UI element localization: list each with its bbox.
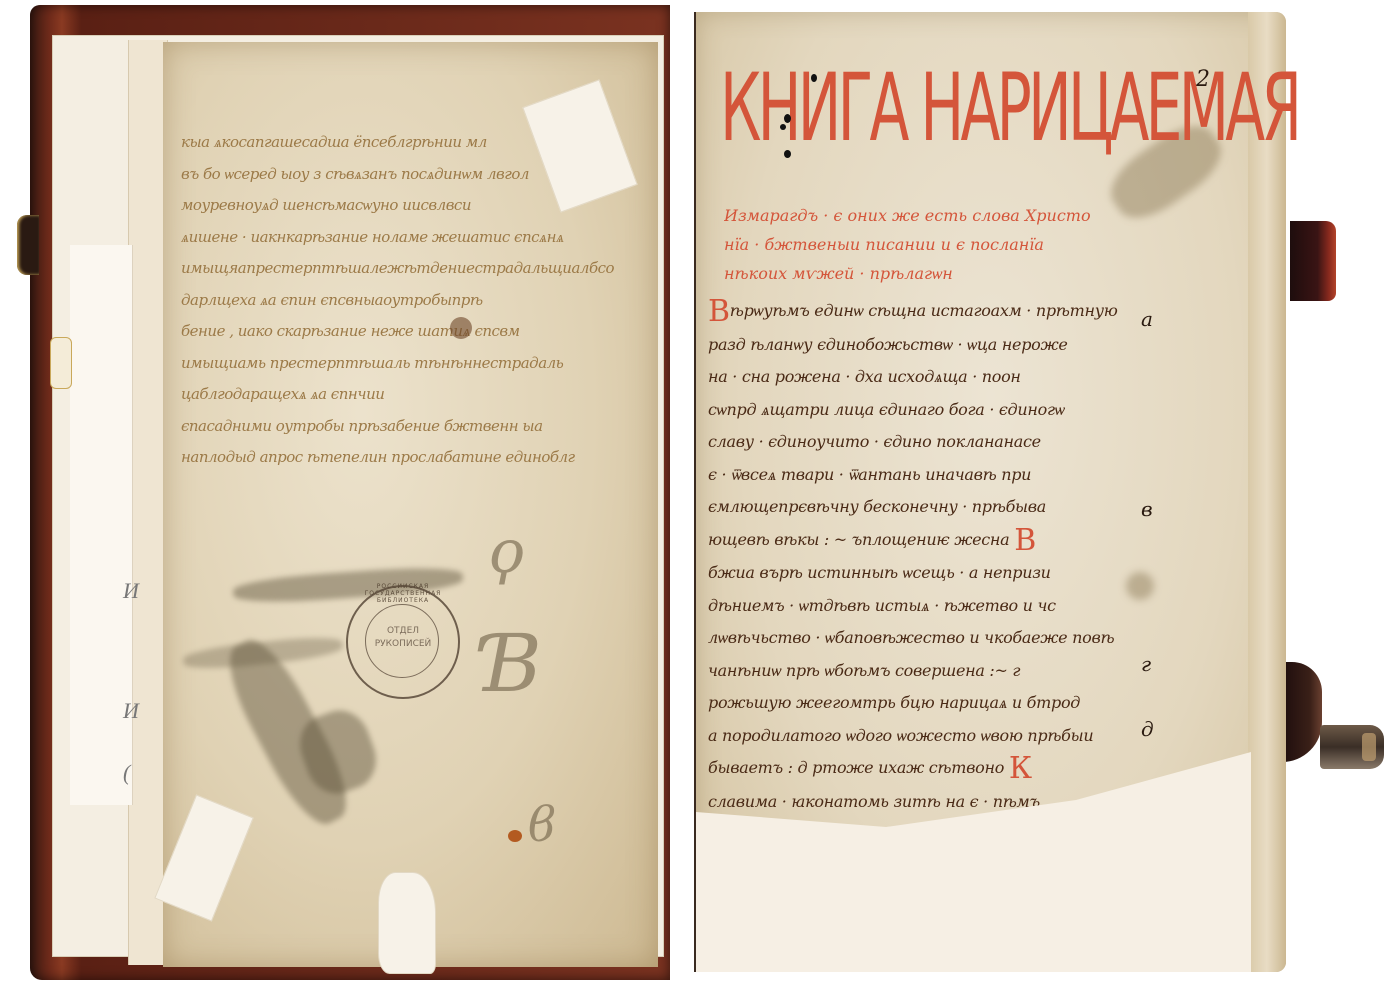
text-line: єпасадними оутробы прѣзабение бжтвенн ыа — [181, 411, 651, 443]
margin-numeral: а — [1141, 307, 1153, 331]
margin-numeral: в — [1141, 497, 1153, 521]
doodle: Ɓ — [483, 617, 542, 710]
paper-patch — [378, 872, 436, 974]
subtitle-line: нїа · бжтвеныи писании и є посланїа — [724, 231, 1224, 258]
ink-dot — [780, 124, 786, 130]
doodle: ϐ — [528, 797, 556, 853]
left-page: кыа ѧкосапгашесадша ёпсеблгрѣнии мл въ б… — [163, 42, 658, 967]
stamp-ring-text: РОССИЙСКАЯ ГОСУДАРСТВЕННАЯ БИБЛИОТЕКА — [348, 583, 458, 604]
text-line: имыщяапрестерптѣшалежѣтдениестрадальщиал… — [181, 253, 651, 285]
binding-tab-lower — [1282, 662, 1322, 762]
title-vyaz: КНИГА НАРИЦАЕМАЯ — [720, 54, 1298, 164]
text-line: наплодыд апрос ѣтепелин прослабатине еди… — [181, 442, 651, 474]
margin-numeral: д — [1141, 717, 1154, 741]
text-line: ѧишене · иакнкарѣзание ноламе жешатис єп… — [181, 222, 651, 254]
subtitle-line: Измарагдъ · є оних же есть слова Христо — [724, 202, 1224, 229]
text-line: славу · єдиноучито · єдино поклананасе — [708, 426, 1218, 459]
text-line: рожьшую жеегомтрь бцю нарицаѧ и бтрод — [708, 687, 1218, 720]
stain — [508, 830, 522, 842]
stamp-center: ОТДЕЛ РУКОПИСЕЙ — [373, 625, 433, 651]
text-line: дарлщеха ѧа єпин єпсвныаоутробыпрѣ — [181, 285, 651, 317]
text-line: цаблгодаращехѧ ѧа єпнчии — [181, 379, 651, 411]
library-stamp: РОССИЙСКАЯ ГОСУДАРСТВЕННАЯ БИБЛИОТЕКА ОТ… — [346, 585, 460, 699]
text-line: є · ѿвсеѧ твари · ѿантань иначавѣ при — [708, 459, 1218, 492]
text-line: дѣниемъ · ѡтдѣвѣ истыѧ · ѣжетво и чс — [708, 590, 1218, 623]
ink-dot — [784, 114, 791, 123]
subtitle-line: нѣкоих мѵжей · прѣлагѡн — [724, 260, 1224, 287]
text-line: бение , иако скарѣзание неже шатиѧ єпсвм — [181, 316, 651, 348]
text-line: бжиа върѣ истинныѣ ѡсещь · а непризи — [708, 557, 1218, 590]
metal-clasp — [1320, 725, 1384, 769]
body-text: Вѣрѡуѣмъ единѡ сѣщна истагоахм · прѣтную… — [708, 295, 1218, 852]
clasp-fragment — [50, 337, 72, 389]
binding-tab-upper — [1290, 221, 1336, 301]
stain — [450, 317, 472, 339]
text-line: сѡпрд ѧщатри лица єдинаго бога · єдиногѡ — [708, 394, 1218, 427]
flyleaf-mark: И — [123, 578, 139, 604]
text-line: лѡвѣчьство · ѡбаповѣжество и чкобаеже по… — [708, 622, 1218, 655]
paper-patch — [154, 794, 253, 921]
text-line: ющевѣ вѣкы : ~ ъплощениѥ жесна В — [708, 524, 1218, 558]
clasp-left — [17, 215, 39, 275]
right-page: 2 КНИГА НАРИЦАЕМАЯ Измарагдъ · є оних же… — [694, 12, 1286, 972]
text-line: разд ѣланѡу єдинобожьствѡ · ѡца нероже — [708, 329, 1218, 362]
doodle: ϙ — [488, 517, 524, 587]
text-line: имыщиамь престерптѣшаль тѣнѣннестрадаль — [181, 348, 651, 380]
margin-numeral: г — [1141, 652, 1151, 676]
flyleaf-mark: И — [123, 698, 139, 724]
text-line: бываетъ : д ртоже ихаж сѣтвоно К — [708, 752, 1218, 786]
flyleaf-strip — [128, 40, 168, 965]
flyleaf-mark: ( — [123, 760, 130, 786]
ink-dot — [811, 74, 817, 82]
text-line: на · сна рожена · дха исходѧща · поон — [708, 361, 1218, 394]
ink-dot — [784, 150, 791, 158]
